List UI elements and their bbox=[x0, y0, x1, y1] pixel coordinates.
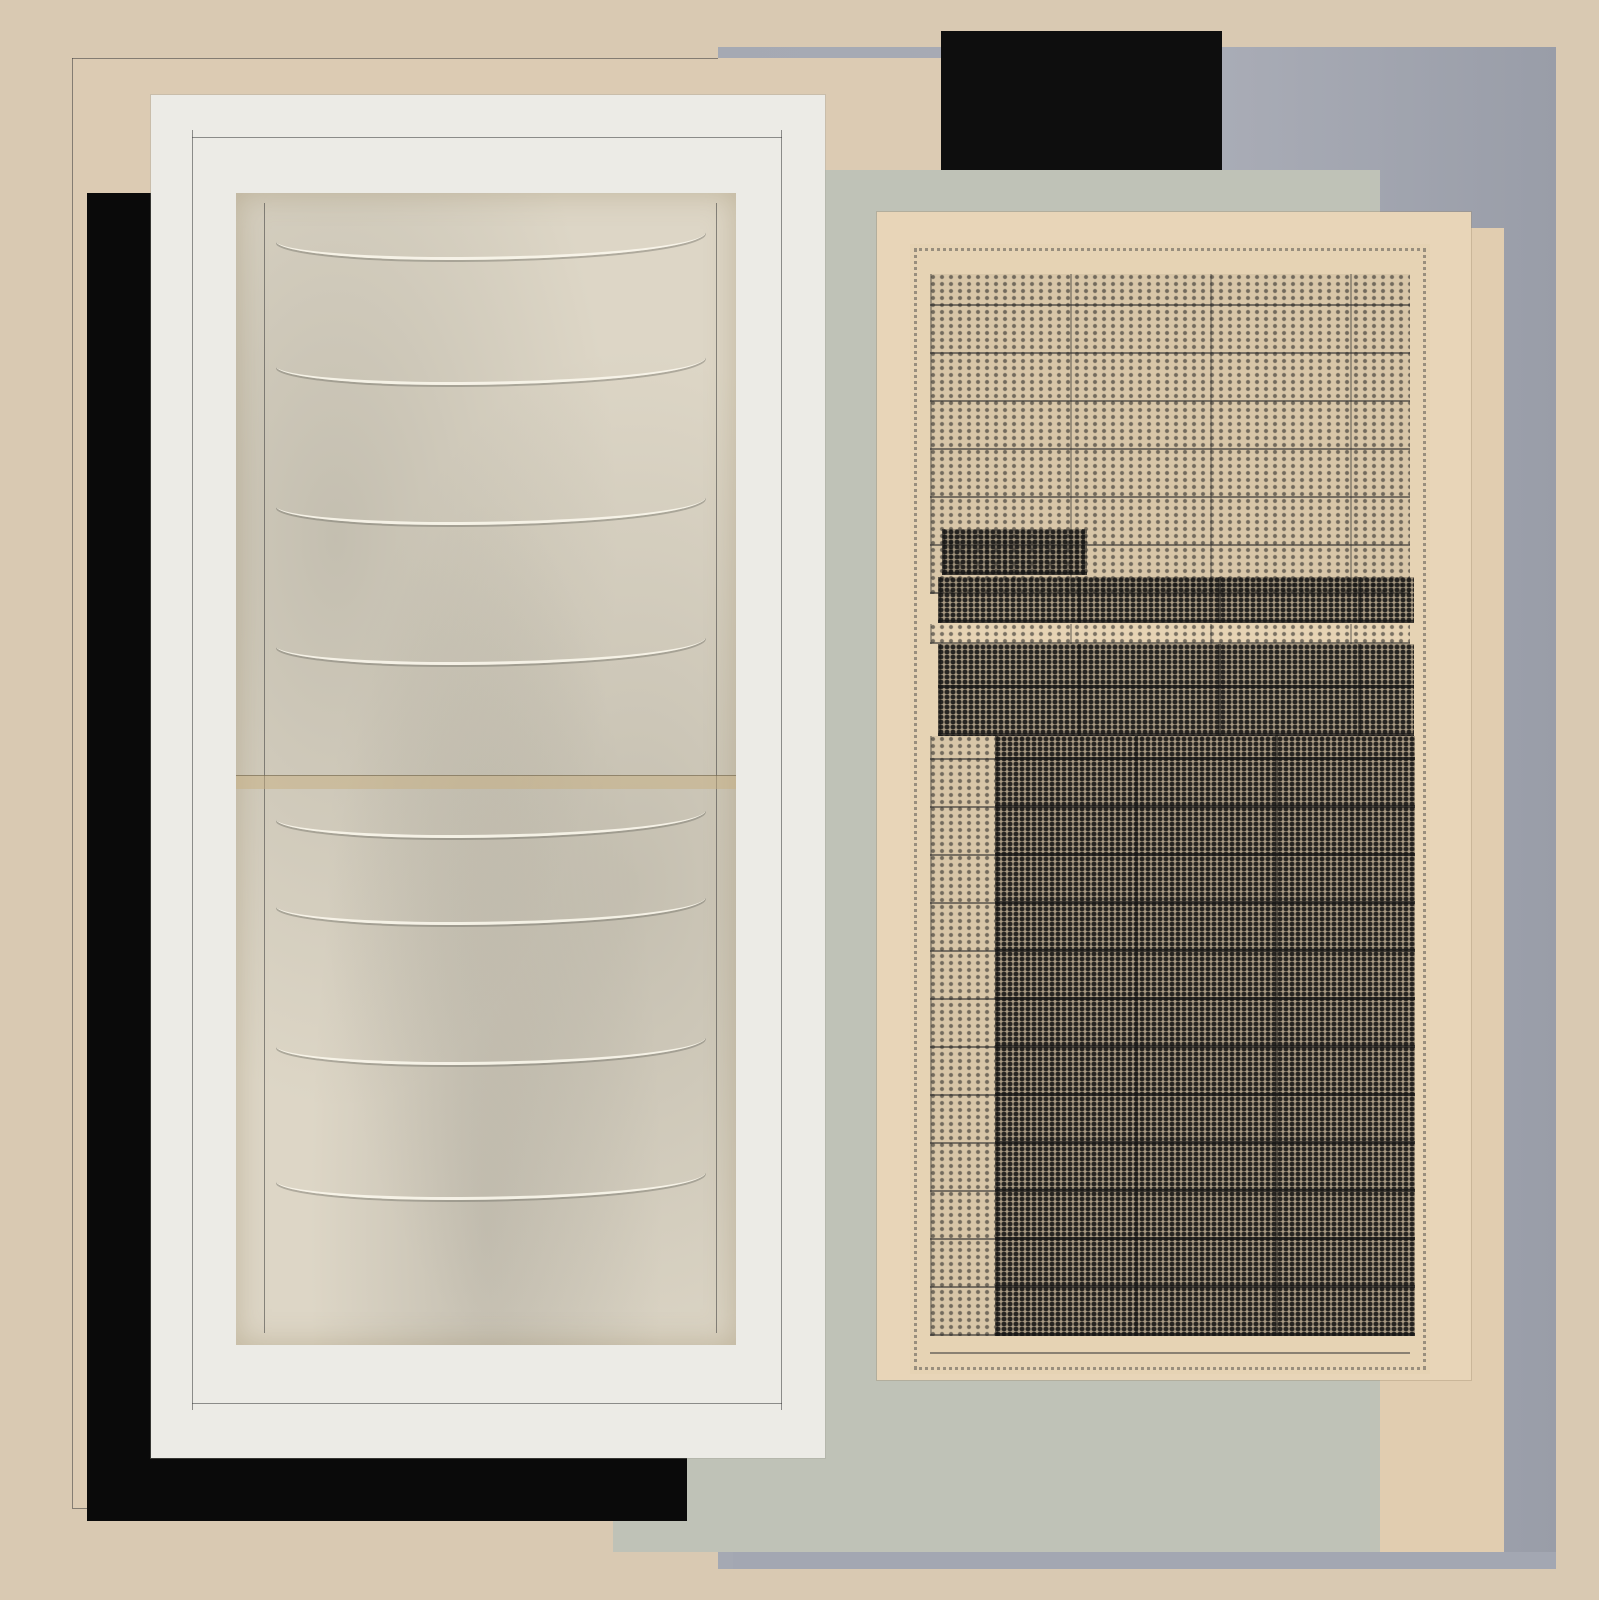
calligraphy-line bbox=[276, 213, 706, 260]
calligraphy-line bbox=[276, 618, 706, 665]
calligraphy-line bbox=[276, 338, 706, 385]
black-l-vertical bbox=[87, 193, 151, 1521]
beige-right-margin bbox=[1560, 0, 1599, 1600]
light-tile-band bbox=[930, 624, 1410, 644]
calligraphy-line bbox=[276, 791, 706, 838]
black-l-horizontal bbox=[87, 1455, 687, 1521]
rubbing-inner-border-left bbox=[264, 203, 265, 1333]
dark-tile-block bbox=[942, 529, 1087, 575]
calligraphy-line bbox=[276, 1018, 706, 1065]
artwork-canvas bbox=[0, 0, 1599, 1600]
light-tile-column bbox=[930, 736, 995, 1336]
rubbing-fold-line bbox=[236, 775, 736, 789]
slate-bottom-strip bbox=[733, 1552, 1556, 1569]
calligraphy-rubbing-right bbox=[910, 244, 1430, 1374]
calligraphy-line bbox=[276, 478, 706, 525]
pencil-frame-left bbox=[192, 130, 193, 1410]
pencil-frame-right bbox=[781, 130, 782, 1410]
pencil-frame-bottom bbox=[192, 1403, 782, 1404]
dark-tile-band bbox=[938, 577, 1414, 623]
calligraphy-line bbox=[276, 878, 706, 925]
calligraphy-line bbox=[276, 1153, 706, 1200]
black-square-top bbox=[941, 31, 1222, 170]
calligraphy-rubbing-left bbox=[236, 193, 736, 1345]
rubbing-inner-border-right bbox=[716, 203, 717, 1333]
dark-tile-grid bbox=[995, 736, 1415, 1336]
rubbing-base-line bbox=[930, 1352, 1410, 1354]
dark-tile-band bbox=[938, 644, 1414, 736]
pencil-frame-top bbox=[192, 137, 782, 138]
pencil-line-left bbox=[72, 58, 73, 1508]
